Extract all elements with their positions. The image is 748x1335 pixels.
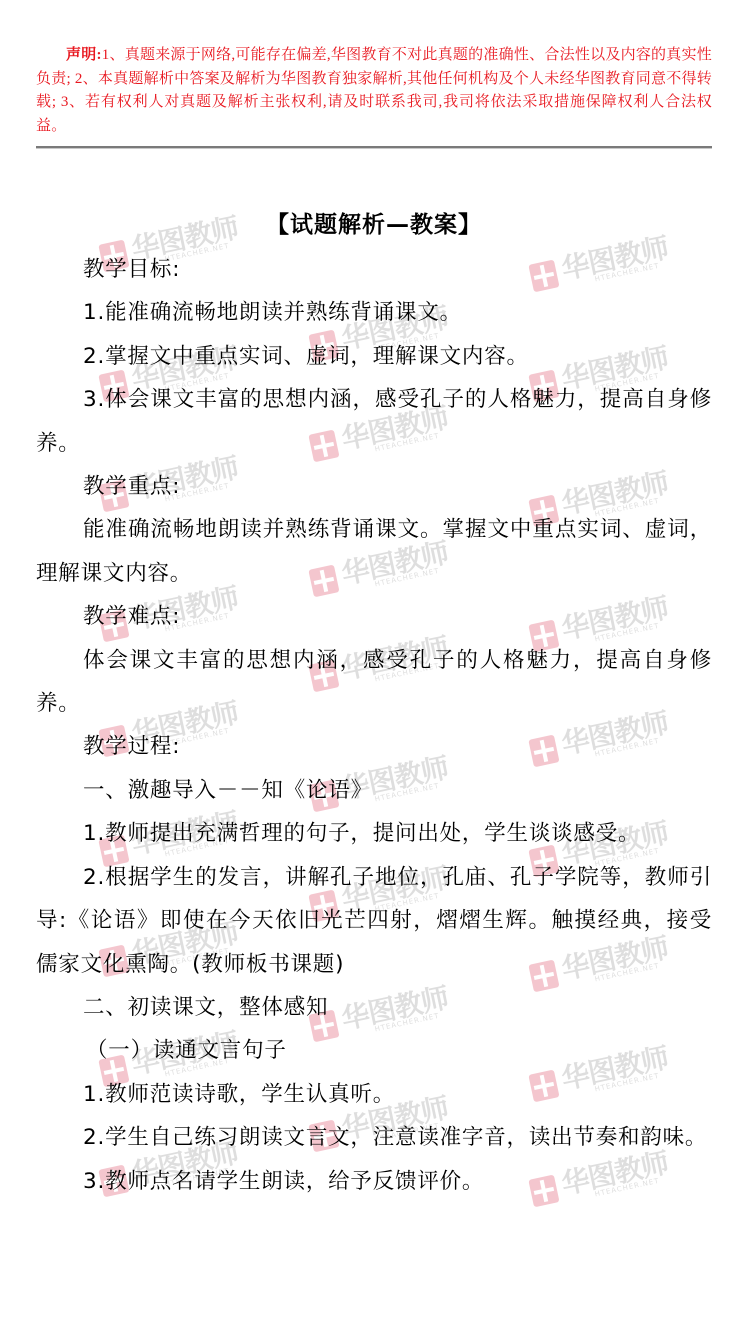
disclaimer-label: 声明: <box>66 47 102 63</box>
header-divider <box>36 146 712 149</box>
lesson-plan-body: 教学目标: 1.能准确流畅地朗读并熟练背诵课文。 2.掌握文中重点实词、虚词，理… <box>36 248 712 1203</box>
section-1-step-2: 2.根据学生的发言，讲解孔子地位，孔庙、孔子学院等，教师引导:《论语》即使在今天… <box>36 856 712 986</box>
disclaimer: 声明:1、真题来源于网络,可能存在偏差,华图教育不对此真题的准确性、合法性以及内… <box>36 44 712 138</box>
subsection-1-step-3: 3.教师点名请学生朗读，给予反馈评价。 <box>36 1160 712 1203</box>
heading-key-points: 教学重点: <box>36 465 712 508</box>
goal-item-2: 2.掌握文中重点实词、虚词，理解课文内容。 <box>36 335 712 378</box>
subsection-1-heading: （一）读通文言句子 <box>36 1029 712 1072</box>
heading-teaching-process: 教学过程: <box>36 725 712 768</box>
difficulties-text: 体会课文丰富的思想内涵，感受孔子的人格魅力，提高自身修养。 <box>36 639 712 726</box>
goal-item-3: 3.体会课文丰富的思想内涵，感受孔子的人格魅力，提高自身修养。 <box>36 378 712 465</box>
section-1-heading: 一、激趣导入－－知《论语》 <box>36 769 712 812</box>
heading-teaching-goals: 教学目标: <box>36 248 712 291</box>
goal-item-1: 1.能准确流畅地朗读并熟练背诵课文。 <box>36 291 712 334</box>
subsection-1-step-1: 1.教师范读诗歌，学生认真听。 <box>36 1073 712 1116</box>
heading-difficulties: 教学难点: <box>36 595 712 638</box>
section-1-step-1: 1.教师提出充满哲理的句子，提问出处，学生谈谈感受。 <box>36 812 712 855</box>
subsection-1-step-2: 2.学生自己练习朗读文言文，注意读准字音，读出节奏和韵味。 <box>36 1116 712 1159</box>
section-2-heading: 二、初读课文，整体感知 <box>36 986 712 1029</box>
page-title: 【试题解析—教案】 <box>0 206 748 239</box>
key-points-text: 能准确流畅地朗读并熟练背诵课文。掌握文中重点实词、虚词，理解课文内容。 <box>36 508 712 595</box>
document-page: 华图教师 HTEACHER.NET 华图教师 HTEACHER.NET 华图教师… <box>0 0 748 1335</box>
disclaimer-text: 1、真题来源于网络,可能存在偏差,华图教育不对此真题的准确性、合法性以及内容的真… <box>36 47 712 134</box>
